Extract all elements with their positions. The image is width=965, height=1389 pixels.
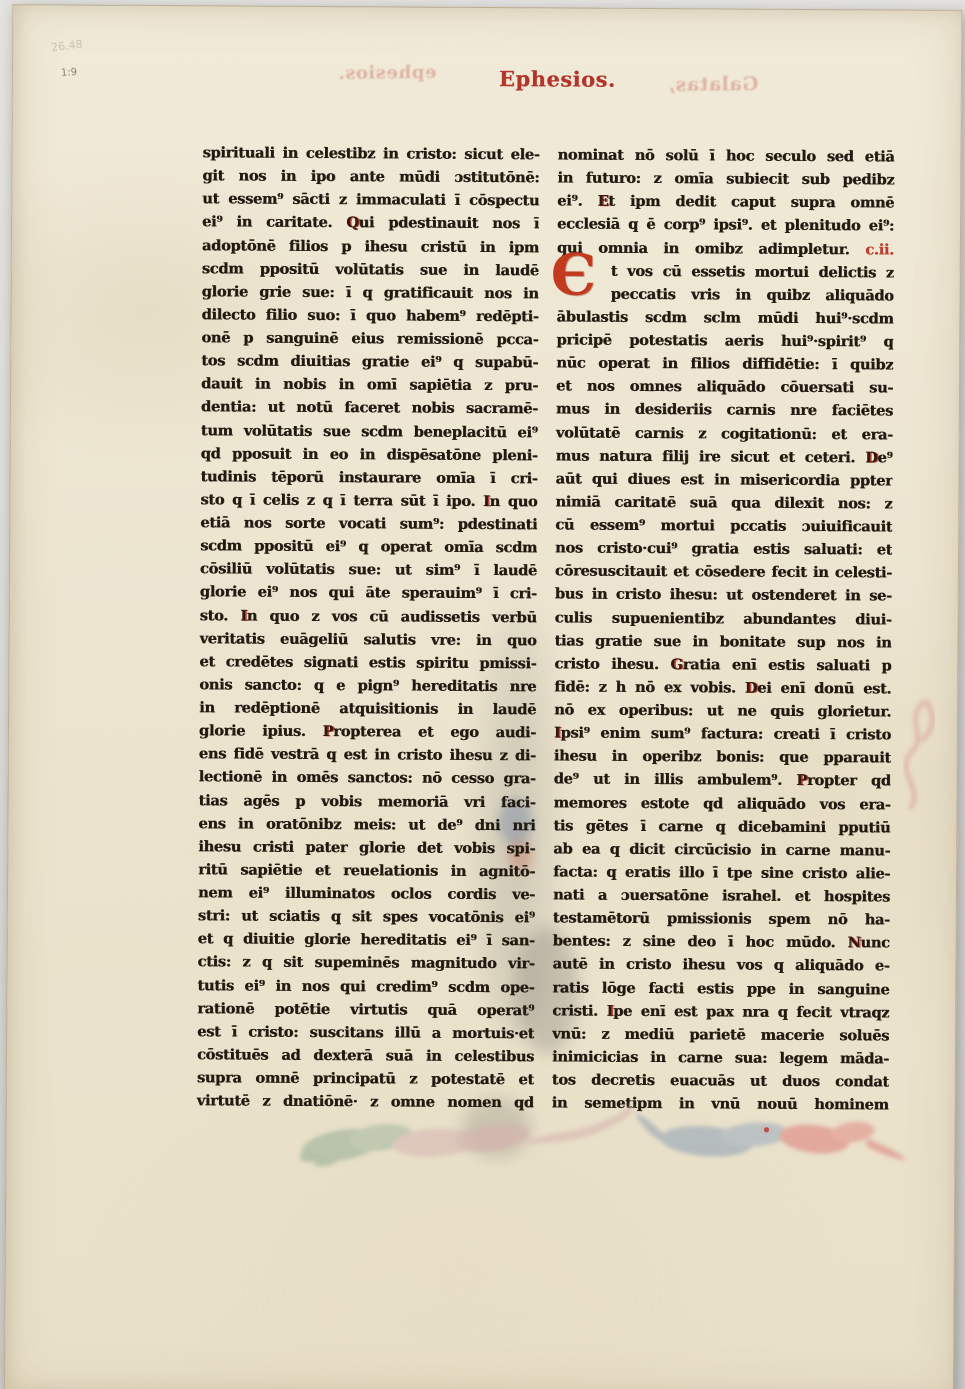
- text-line: nominat nō solū ī hoc seculo sed etiā: [557, 143, 894, 168]
- text-line: tum volūtatis sue scdm beneplacitū ei⁹: [201, 419, 538, 444]
- text-line: memores estote qd aliquādo vos era-: [553, 791, 890, 816]
- text-line: vnū: z mediū parietē macerie soluēs: [552, 1022, 889, 1047]
- text-line: culis supuenientibz abundantes diui-: [555, 606, 892, 631]
- text-line: nūc operat in filios diffidētie: ī quibz: [556, 352, 893, 377]
- text-line: glorie grie sue: ī q gratificauit nos in: [202, 280, 539, 305]
- text-line: nati a ɔuersatōne israhel. et hospites: [553, 883, 890, 908]
- text-line: et q diuitie glorie hereditatis ei⁹ ī sa…: [198, 928, 535, 953]
- text-line: virtutē z dnatiōnē· z omne nomen qd: [197, 1089, 534, 1114]
- text-line: ratis lōge facti estis ppe in sanguine: [552, 976, 889, 1001]
- text-line: ihesu in operibz bonis: que pparauit: [554, 745, 891, 770]
- text-line: supra omnē principatū z potestatē et: [197, 1066, 534, 1091]
- text-line: t vos cū essetis mortui delictis z: [557, 259, 894, 284]
- text-line: cōstituēs ad dexterā suā in celestibus: [197, 1043, 534, 1068]
- text-line: mus natura filij ire sicut et ceteri. De…: [556, 444, 893, 469]
- text-line: in semetipm in vnū nouū hominem: [552, 1092, 889, 1117]
- text-line: sto. In quo z vos cū audissetis verbū: [200, 604, 537, 629]
- text-line: et nos omnes aliquādo cōuersati su-: [556, 375, 893, 400]
- text-line: mus in desideriis carnis nre faciētes: [556, 398, 893, 423]
- text-line: lectionē in omēs sanctos: nō cesso gra-: [199, 766, 536, 791]
- text-line: in futuro: z omīa subiecit sub pedibz: [557, 167, 894, 192]
- left-text-column: spirituali in celestibz in cristo: sicut…: [197, 141, 540, 1114]
- text-line: bus in cristo ihesu: ut ostenderet in se…: [555, 583, 892, 608]
- text-line: bentes: z sine deo ī hoc mūdo. Nunc: [553, 930, 890, 955]
- text-line: ctis: z q sit supeminēs magnitudo vir-: [197, 951, 534, 976]
- text-line: nos cristo·cui⁹ gratia estis saluati: et: [555, 537, 892, 562]
- text-line: pricipē potestatis aeris hui⁹·spirit⁹ q: [556, 328, 893, 353]
- text-line: tis gētes ī carne q dicebamini pputiū: [553, 814, 890, 839]
- text-line: tias agēs p vobis memoriā vri faci-: [198, 789, 535, 814]
- text-line: cū essem⁹ mortui pccatis ɔuiuificauit: [555, 513, 892, 538]
- right-text-column: Є nominat nō solū ī hoc seculo sed etiāi…: [552, 143, 895, 1116]
- text-line: onis sancto: q e pign⁹ hereditatis nre: [199, 673, 536, 698]
- text-line: ritū sapiētie et reuelationis in agnitō-: [198, 858, 535, 883]
- text-line: ens in oratōnibz meis: ut de⁹ dni nri: [198, 812, 535, 837]
- page-title-rubric: Ephesios.: [499, 66, 616, 92]
- text-line: autē in cristo ihesu vos q aliquādo e-: [552, 953, 889, 978]
- text-line: tutis ei⁹ in nos qui credim⁹ scdm ope-: [197, 974, 534, 999]
- running-header: ephesios. Ephesios. Galatas,: [13, 5, 962, 121]
- text-line: aūt qui diues est in misericordia ppter: [555, 467, 892, 492]
- text-line: veritatis euāgeliū salutis vre: in quo: [199, 627, 536, 652]
- text-line: tos scdm diuitias gratie ei⁹ q supabū-: [201, 349, 538, 374]
- text-line: tos decretis euacuās ut duos condat: [552, 1068, 889, 1093]
- text-line: stri: ut sciatis q sit spes vocatōnis ei…: [198, 904, 535, 929]
- text-line: inimicicias in carne sua: legem māda-: [552, 1045, 889, 1070]
- text-line: ecclesiā q ē corp⁹ ipsi⁹. et plenitudo e…: [557, 213, 894, 238]
- text-line: dilecto filio suo: ī quo habem⁹ redēpti-: [201, 303, 538, 328]
- text-line: dentia: ut notū faceret nobis sacramē-: [201, 396, 538, 421]
- text-line: cōsiliū volūtatis sue: ut sim⁹ ī laudē: [200, 558, 537, 583]
- text-line: cristi. Ipe enī est pax nra q fecit vtra…: [552, 999, 889, 1024]
- text-line: Ipsi⁹ enim sum⁹ factura: creati ī cristo: [554, 722, 891, 747]
- text-line: de⁹ ut in illis ambulem⁹. Propter qd: [554, 768, 891, 793]
- text-line: ei⁹. Et ipm dedit caput supra omnē: [557, 190, 894, 215]
- chapter-initial-E-icon: Є: [551, 249, 597, 301]
- showthrough-galatas: Galatas,: [668, 73, 759, 96]
- text-line: glorie ei⁹ nos qui āte sperauim⁹ ī cri-: [200, 581, 537, 606]
- manuscript-page: 26.48 1:9 ephesios. Ephesios. Galatas, s…: [4, 4, 962, 1389]
- text-line: etiā nos sorte vocati sum⁹: pdestinati: [200, 511, 537, 536]
- text-line: tudinis tēporū instaurare omīa ī cri-: [200, 465, 537, 490]
- text-line: scdm ppositū volūtatis sue in laudē: [202, 257, 539, 282]
- text-line: onē p sanguinē eius remissionē pcca-: [201, 326, 538, 351]
- text-line: git nos in ipo ante mūdi ɔstitutōnē:: [202, 164, 539, 189]
- text-line: et credētes signati estis spiritu pmissi…: [199, 650, 536, 675]
- text-line: spirituali in celestibz in cristo: sicut…: [202, 141, 539, 166]
- text-line: scdm ppositū ei⁹ q operat omīa scdm: [200, 534, 537, 559]
- scanner-background: { "page": { "header": { "title": "Ephesi…: [0, 0, 965, 1389]
- text-line: tias gratie sue in bonitate sup nos in: [554, 629, 891, 654]
- text-line: peccatis vris in quibz aliquādo: [557, 282, 894, 307]
- text-line: nō ex operibus: ut ne quis glorietur.: [554, 698, 891, 723]
- text-line: volūtatē carnis z cogitationū: et era-: [556, 421, 893, 446]
- text-line: glorie ipius. Propterea et ego audi-: [199, 719, 536, 744]
- text-line: sto q ī celis z q ī terra sūt ī ipo. In …: [200, 488, 537, 513]
- text-line: ābulastis scdm sclm mūdi hui⁹·scdm: [556, 305, 893, 330]
- text-line: dauit in nobis in omī sapiētia z pru-: [201, 373, 538, 398]
- text-line: ihesu cristi pater glorie det vobis spi-: [198, 835, 535, 860]
- text-line: ei⁹ in caritate. Qui pdestinauit nos ī: [202, 211, 539, 236]
- text-line: facta: q eratis illo ī tpe sine cristo a…: [553, 860, 890, 885]
- showthrough-ephesios: ephesios.: [338, 62, 437, 84]
- text-line: ens fidē vestrā q est in cristo ihesu z …: [199, 743, 536, 768]
- text-line: ab ea q dicit circūcisio in carne manu-: [553, 837, 890, 862]
- text-line: adoptōnē filios p ihesu cristū in ipm: [202, 234, 539, 259]
- text-line: testamētorū pmissionis spem nō ha-: [553, 907, 890, 932]
- text-line: est ī cristo: suscitans illū a mortuis·e…: [197, 1020, 534, 1045]
- text-line: cristo ihesu. Gratia enī estis saluati p: [554, 652, 891, 677]
- text-line: qd pposuit in eo in dispēsatōne pleni-: [201, 442, 538, 467]
- text-line: ut essem⁹ sācti z immaculati ī cōspectu: [202, 188, 539, 213]
- text-line: fidē: z h nō ex vobis. Dei enī donū est.: [554, 675, 891, 700]
- text-line: in redēptionē atquisitionis in laudē: [199, 696, 536, 721]
- text-line: nimiā caritatē suā qua dilexit nos: z: [555, 490, 892, 515]
- text-line: cōresuscitauit et cōsedere fecit in cele…: [555, 560, 892, 585]
- text-line: nem ei⁹ illuminatos oclos cordis ve-: [198, 881, 535, 906]
- text-line: rationē potētie virtutis quā operat⁹: [197, 997, 534, 1022]
- text-line: qui omnia in omibz adimpletur. c.ii.: [557, 236, 894, 261]
